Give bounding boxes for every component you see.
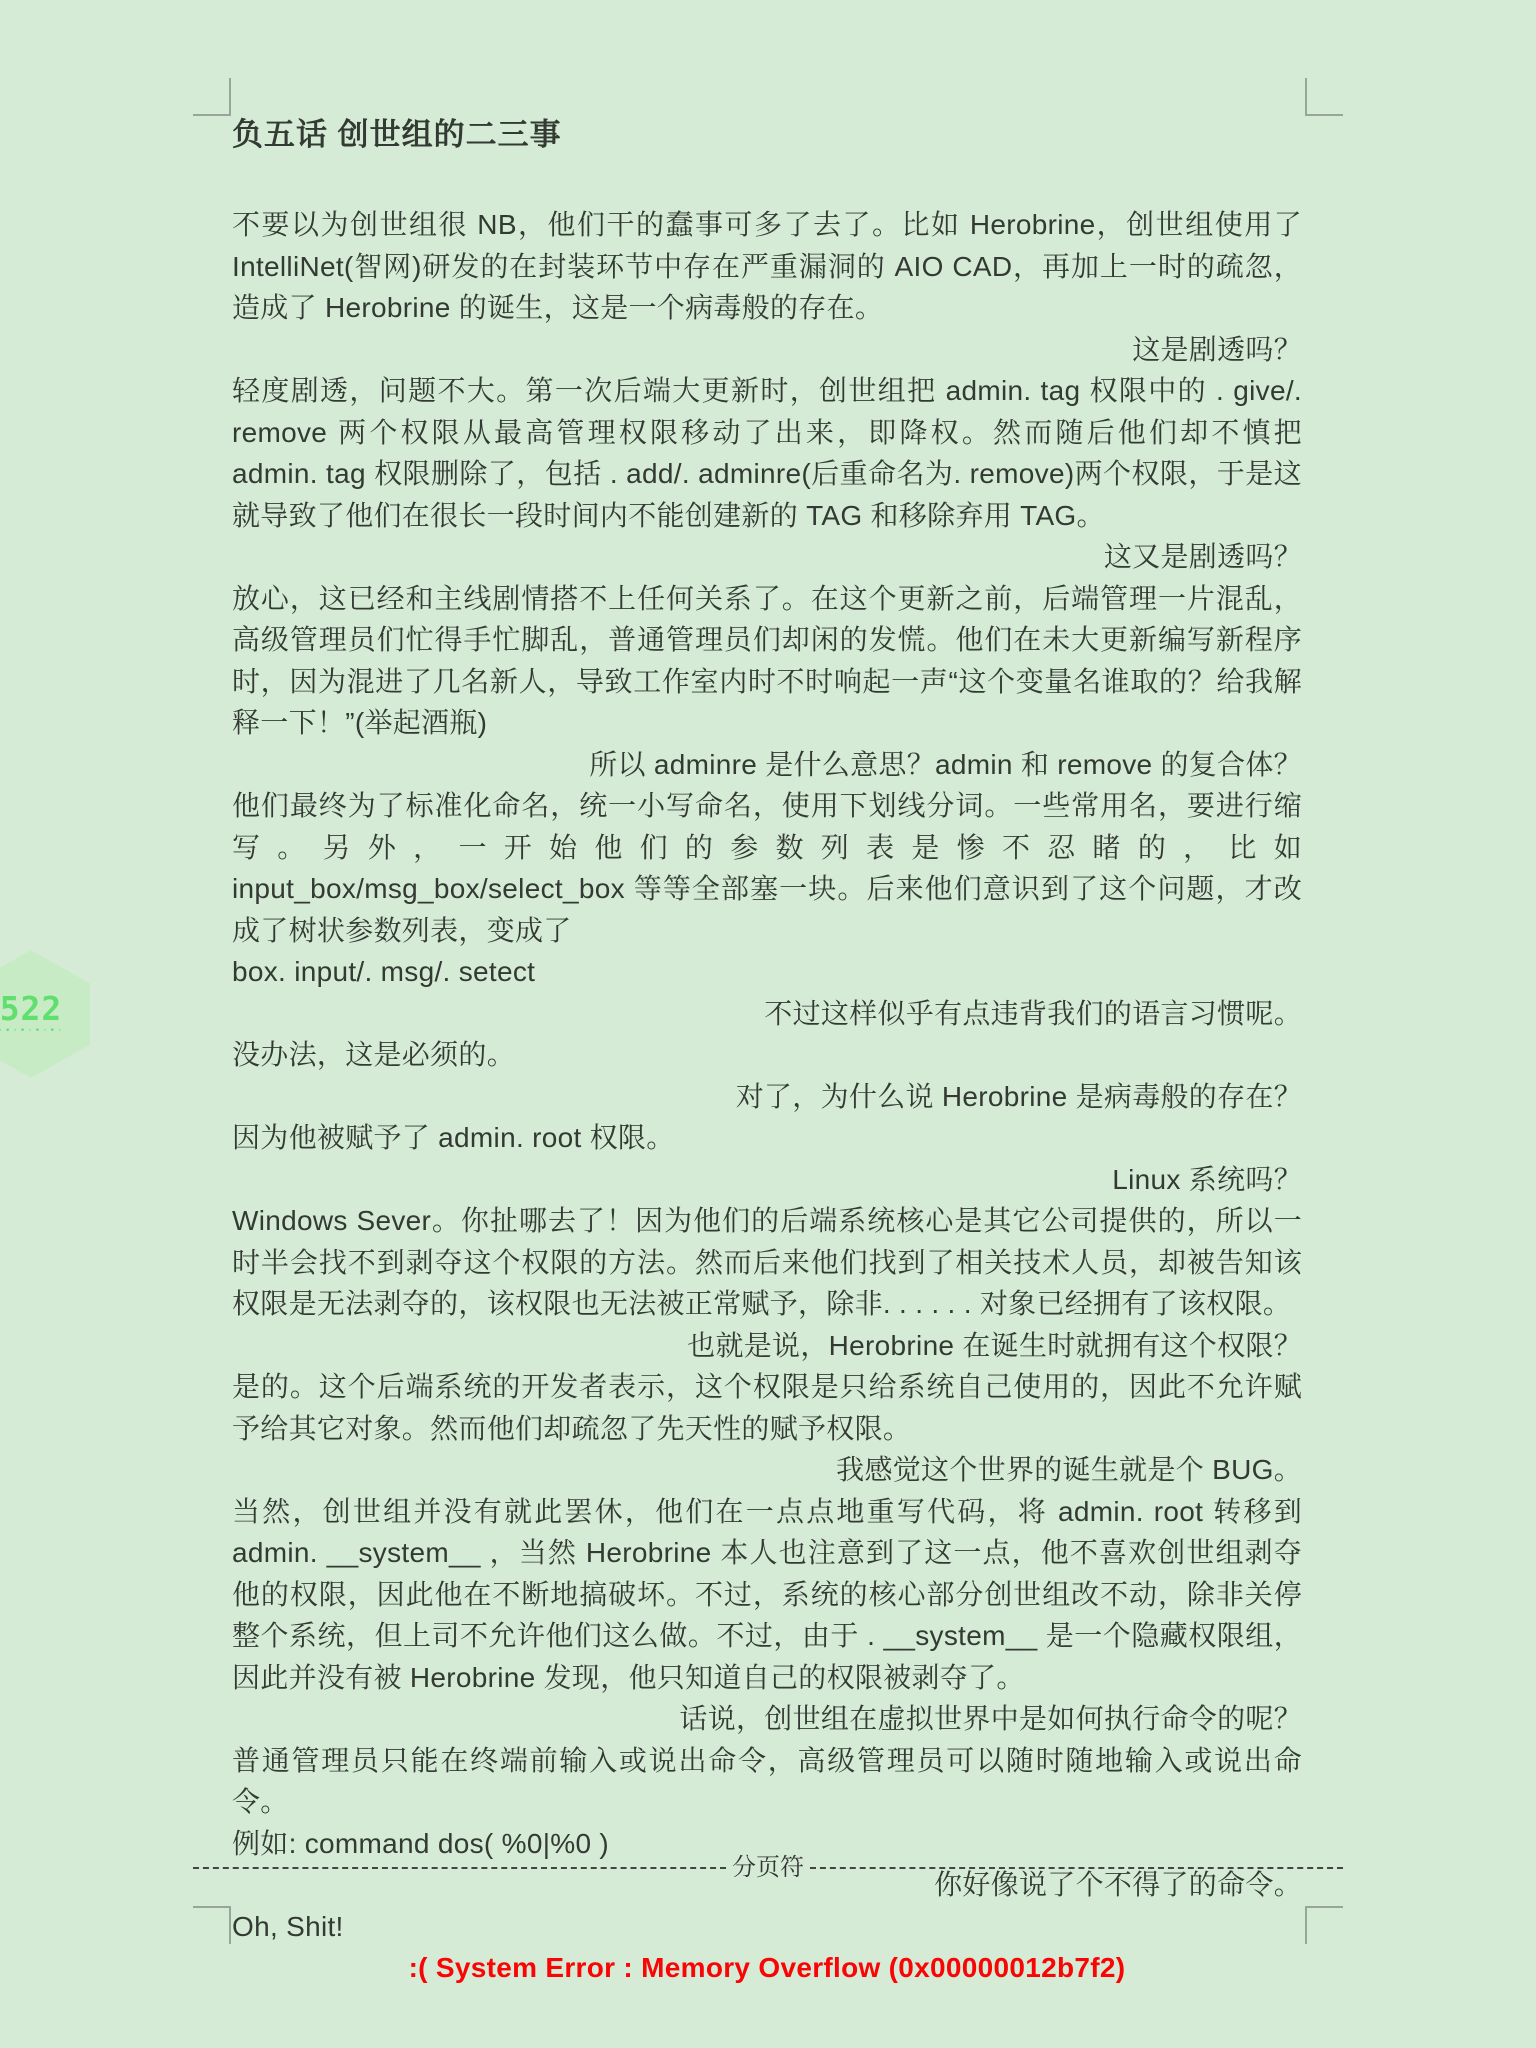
paragraph: 放心，这已经和主线剧情搭不上任何关系了。在这个更新之前，后端管理一片混乱，高级管…	[232, 578, 1302, 744]
margin-mark-top-right-icon	[1305, 78, 1343, 116]
paragraph: 普通管理员只能在终端前输入或说出命令，高级管理员可以随时随地输入或说出命令。	[232, 1740, 1302, 1823]
system-error-line: :( System Error : Memory Overflow (0x000…	[232, 1947, 1302, 1989]
watermark-subtext: ·•·•·•·•·	[0, 1026, 64, 1036]
hexagon-watermark: 522 ·•·•·•·•·	[0, 950, 90, 1078]
paragraph: Windows Sever。你扯哪去了！因为他们的后端系统核心是其它公司提供的，…	[232, 1200, 1302, 1325]
dialogue-line-right: 我感觉这个世界的诞生就是个 BUG。	[232, 1449, 1302, 1491]
paragraph: 没办法，这是必须的。	[232, 1034, 1302, 1076]
dialogue-line-right: 话说，创世组在虚拟世界中是如何执行命令的呢？	[232, 1698, 1302, 1740]
paragraph: box. input/. msg/. setect	[232, 951, 1302, 993]
dialogue-line-right: 这是剧透吗？	[232, 329, 1302, 371]
paragraph: 轻度剧透，问题不大。第一次后端大更新时，创世组把 admin. tag 权限中的…	[232, 370, 1302, 536]
dialogue-line-right: Linux 系统吗？	[232, 1159, 1302, 1201]
margin-mark-top-left-icon	[193, 78, 231, 116]
watermark-glyphs: 522	[0, 992, 62, 1026]
paragraph: 他们最终为了标准化命名，统一小写命名，使用下划线分词。一些常用名，要进行缩写。另…	[232, 785, 1302, 951]
paragraph: 因为他被赋予了 admin. root 权限。	[232, 1117, 1302, 1159]
document-blocks: 不要以为创世组很 NB，他们干的蠢事可多了去了。比如 Herobrine，创世组…	[232, 204, 1302, 1989]
document-content: 负五话 创世组的二三事 不要以为创世组很 NB，他们干的蠢事可多了去了。比如 H…	[232, 112, 1302, 1989]
dialogue-line-right: 对了，为什么说 Herobrine 是病毒般的存在？	[232, 1076, 1302, 1118]
margin-mark-bottom-left-icon	[193, 1906, 231, 1944]
page-break-dashed-line	[193, 1867, 726, 1869]
dialogue-line-right: 不过这样似乎有点违背我们的语言习惯呢。	[232, 993, 1302, 1035]
page-break-dashed-line	[810, 1867, 1343, 1869]
dialogue-line-right: 这又是剧透吗？	[232, 536, 1302, 578]
dialogue-line-right: 也就是说，Herobrine 在诞生时就拥有这个权限？	[232, 1325, 1302, 1367]
chapter-title: 负五话 创世组的二三事	[232, 112, 1302, 158]
page-break-separator: 分页符	[193, 1848, 1343, 1888]
page-break-label: 分页符	[726, 1848, 810, 1888]
paragraph: 是的。这个后端系统的开发者表示，这个权限是只给系统自己使用的，因此不允许赋予给其…	[232, 1366, 1302, 1449]
paragraph: 不要以为创世组很 NB，他们干的蠢事可多了去了。比如 Herobrine，创世组…	[232, 204, 1302, 329]
margin-mark-bottom-right-icon	[1305, 1906, 1343, 1944]
document-page: { "theme": { "bg": "#d5ebd6", "ink": "#3…	[0, 0, 1536, 2048]
dialogue-line-right: 所以 adminre 是什么意思？admin 和 remove 的复合体？	[232, 744, 1302, 786]
paragraph: Oh, Shit!	[232, 1906, 1302, 1948]
paragraph: 当然，创世组并没有就此罢休，他们在一点点地重写代码，将 admin. root …	[232, 1491, 1302, 1699]
